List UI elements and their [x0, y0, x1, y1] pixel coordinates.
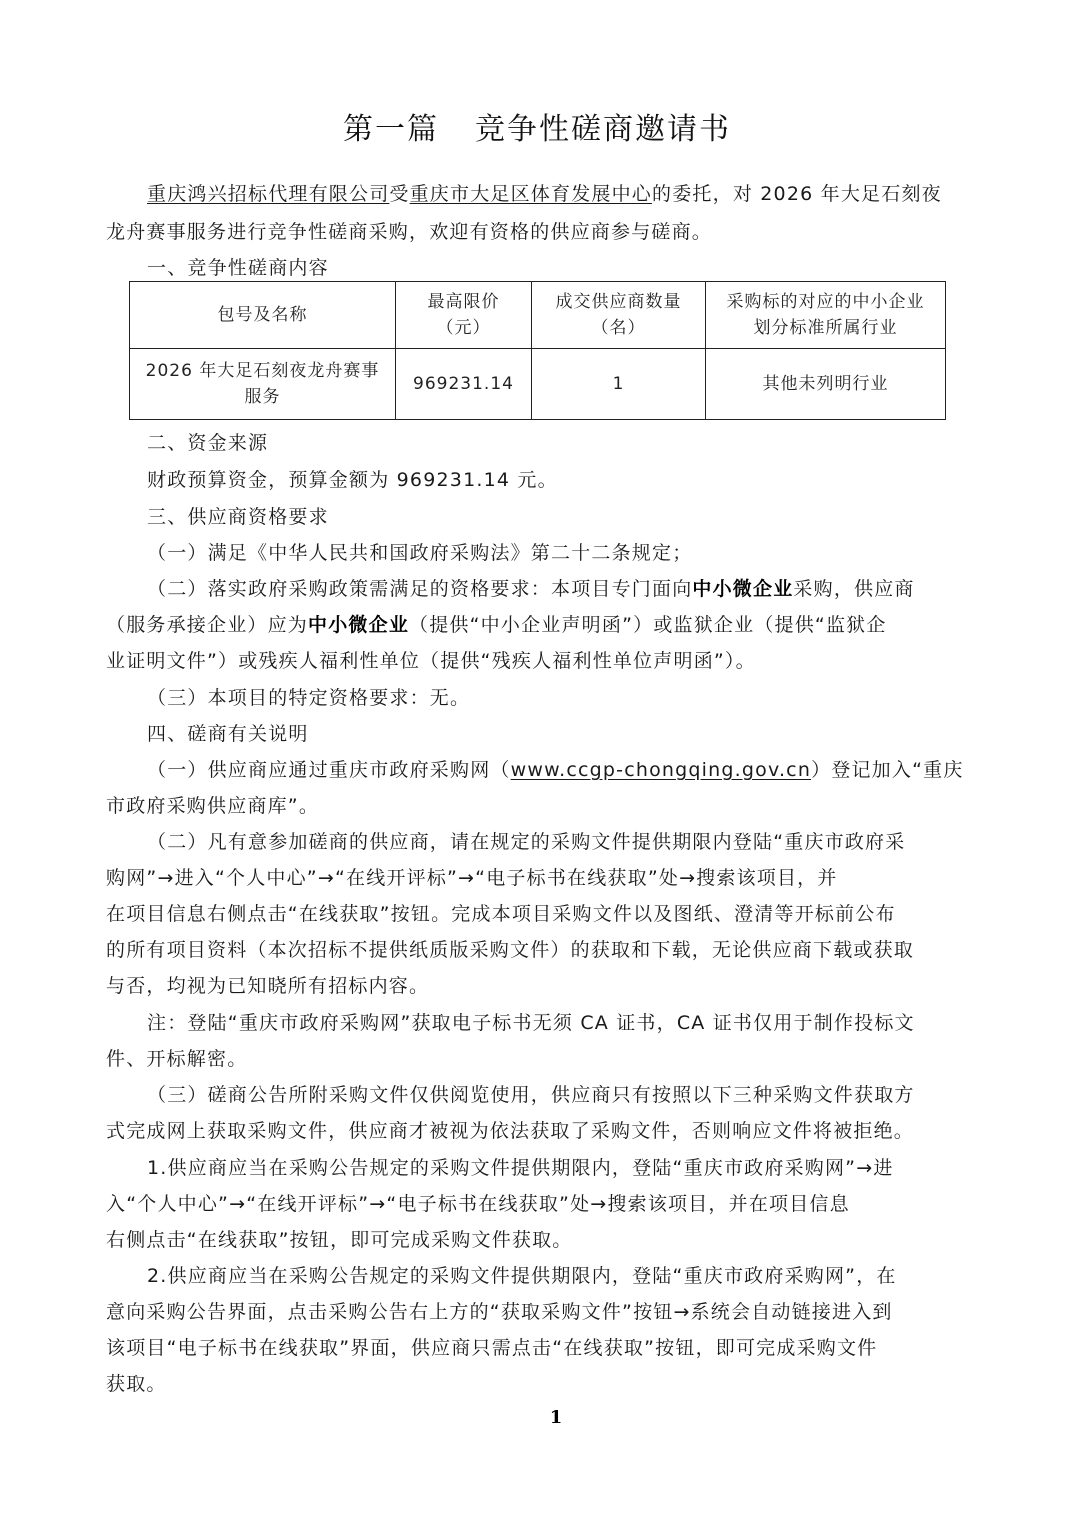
section-2-text: 财政预算资金，预算金额为 969231.14 元。 — [147, 468, 1011, 492]
section-2-heading: 二、资金来源 — [147, 431, 1011, 455]
ccgp-website-link[interactable]: www.ccgp-chongqing.gov.cn — [511, 759, 811, 781]
section-3-item-1: （一）满足《中华人民共和国政府采购法》第二十二条规定； — [147, 541, 1011, 565]
method-1-line: 入“个人中心”→“在线开评标”→“电子标书在线获取”处→搜索该项目，并在项目信息 — [106, 1192, 970, 1216]
cell-industry: 其他未列明行业 — [706, 349, 946, 420]
item-text: 采购，供应商 — [793, 578, 914, 600]
item-text: ）登记加入“重庆 — [811, 759, 963, 781]
header-supplier-count: 成交供应商数量（名） — [532, 282, 706, 349]
header-text: 划分标准所属行业 — [754, 318, 898, 338]
intro-text: 受 — [389, 183, 409, 205]
item-text: （一）供应商应通过重庆市政府采购网（ — [147, 759, 511, 781]
cell-max-price: 969231.14 — [396, 349, 532, 420]
client-name: 重庆市大足区体育发展中心 — [410, 183, 652, 205]
section-3-heading: 三、供应商资格要求 — [147, 505, 1011, 529]
cell-package-name: 2026 年大足石刻夜龙舟赛事服务 — [130, 349, 396, 420]
page-number: 1 — [0, 1407, 1074, 1428]
section-4-item-2-line: 的所有项目资料（本次招标不提供纸质版采购文件）的获取和下载，无论供应商下载或获取 — [106, 938, 970, 962]
note-line: 件、开标解密。 — [106, 1047, 970, 1071]
sme-emphasis: 中小微企业 — [692, 578, 793, 600]
table-row: 2026 年大足石刻夜龙舟赛事服务 969231.14 1 其他未列明行业 — [130, 349, 946, 420]
method-2-line: 获取。 — [106, 1372, 970, 1396]
header-text: 成交供应商数量 — [556, 292, 682, 312]
method-1-line: 1.供应商应当在采购公告规定的采购文件提供期限内，登陆“重庆市政府采购网”→进 — [147, 1156, 1011, 1180]
page-title: 第一篇竞争性磋商邀请书 — [0, 104, 1074, 148]
header-text: 最高限价 — [428, 292, 500, 312]
section-4-item-3-line: （三）磋商公告所附采购文件仅供阅览使用，供应商只有按照以下三种采购文件获取方 — [147, 1083, 1011, 1107]
section-4-item-3-line: 式完成网上获取采购文件，供应商才被视为依法获取了采购文件，否则响应文件将被拒绝。 — [106, 1119, 970, 1143]
cell-supplier-count: 1 — [532, 349, 706, 420]
section-4-item-2-line: 在项目信息右侧点击“在线获取”按钮。完成本项目采购文件以及图纸、澄清等开标前公布 — [106, 902, 970, 926]
header-unit: （元） — [437, 318, 491, 338]
table-header-row: 包号及名称 最高限价（元） 成交供应商数量（名） 采购标的对应的中小企业划分标准… — [130, 282, 946, 349]
agency-name: 重庆鸿兴招标代理有限公司 — [147, 183, 389, 205]
header-text: 采购标的对应的中小企业 — [727, 292, 925, 312]
section-4-item-2-line: 与否，均视为已知晓所有招标内容。 — [106, 974, 970, 998]
header-package-name: 包号及名称 — [130, 282, 396, 349]
section-3-item-2-line-3: 业证明文件”）或残疾人福利性单位（提供“残疾人福利性单位声明函”）。 — [106, 649, 970, 673]
section-4-item-1-line-2: 市政府采购供应商库”。 — [106, 794, 970, 818]
header-max-price: 最高限价（元） — [396, 282, 532, 349]
title-part-2: 竞争性磋商邀请书 — [475, 112, 731, 147]
method-2-line: 该项目“电子标书在线获取”界面，供应商只需点击“在线获取”按钮，即可完成采购文件 — [106, 1336, 970, 1360]
method-1-line: 右侧点击“在线获取”按钮，即可完成采购文件获取。 — [106, 1228, 970, 1252]
intro-text: 的委托，对 2026 年大足石刻夜 — [652, 183, 942, 205]
method-2-line: 意向采购公告界面，点击采购公告右上方的“获取采购文件”按钮→系统会自动链接进入到 — [106, 1300, 970, 1324]
item-text: （二）落实政府采购政策需满足的资格要求：本项目专门面向 — [147, 578, 692, 600]
cell-text: 服务 — [245, 387, 281, 407]
section-3-item-3: （三）本项目的特定资格要求：无。 — [147, 686, 1011, 710]
section-3-item-2-line-2: （服务承接企业）应为中小微企业（提供“中小企业声明函”）或监狱企业（提供“监狱企 — [106, 613, 970, 637]
intro-line-1: 重庆鸿兴招标代理有限公司受重庆市大足区体育发展中心的委托，对 2026 年大足石… — [147, 182, 1011, 206]
note-line: 注：登陆“重庆市政府采购网”获取电子标书无须 CA 证书，CA 证书仅用于制作投… — [147, 1011, 1011, 1035]
section-3-item-2-line-1: （二）落实政府采购政策需满足的资格要求：本项目专门面向中小微企业采购，供应商 — [147, 577, 1011, 601]
header-text: 包号及名称 — [218, 305, 308, 325]
header-unit: （名） — [592, 318, 646, 338]
method-2-line: 2.供应商应当在采购公告规定的采购文件提供期限内，登陆“重庆市政府采购网”，在 — [147, 1264, 1011, 1288]
title-part-1: 第一篇 — [343, 112, 439, 147]
header-industry: 采购标的对应的中小企业划分标准所属行业 — [706, 282, 946, 349]
intro-line-2: 龙舟赛事服务进行竞争性磋商采购，欢迎有资格的供应商参与磋商。 — [106, 220, 970, 244]
section-4-heading: 四、磋商有关说明 — [147, 722, 1011, 746]
item-text: （提供“中小企业声明函”）或监狱企业（提供“监狱企 — [409, 614, 887, 636]
item-text: （服务承接企业）应为 — [106, 614, 308, 636]
section-4-item-1-line-1: （一）供应商应通过重庆市政府采购网（www.ccgp-chongqing.gov… — [147, 758, 1011, 782]
section-1-heading: 一、竞争性磋商内容 — [147, 256, 1011, 280]
sme-emphasis: 中小微企业 — [308, 614, 409, 636]
document-page: 第一篇竞争性磋商邀请书 重庆鸿兴招标代理有限公司受重庆市大足区体育发展中心的委托… — [0, 0, 1074, 1520]
section-4-item-2-line: （二）凡有意参加磋商的供应商，请在规定的采购文件提供期限内登陆“重庆市政府采 — [147, 830, 1011, 854]
section-4-item-2-line: 购网”→进入“个人中心”→“在线开评标”→“电子标书在线获取”处→搜索该项目，并 — [106, 866, 970, 890]
procurement-table: 包号及名称 最高限价（元） 成交供应商数量（名） 采购标的对应的中小企业划分标准… — [129, 281, 946, 420]
cell-text: 2026 年大足石刻夜龙舟赛事 — [146, 361, 380, 381]
